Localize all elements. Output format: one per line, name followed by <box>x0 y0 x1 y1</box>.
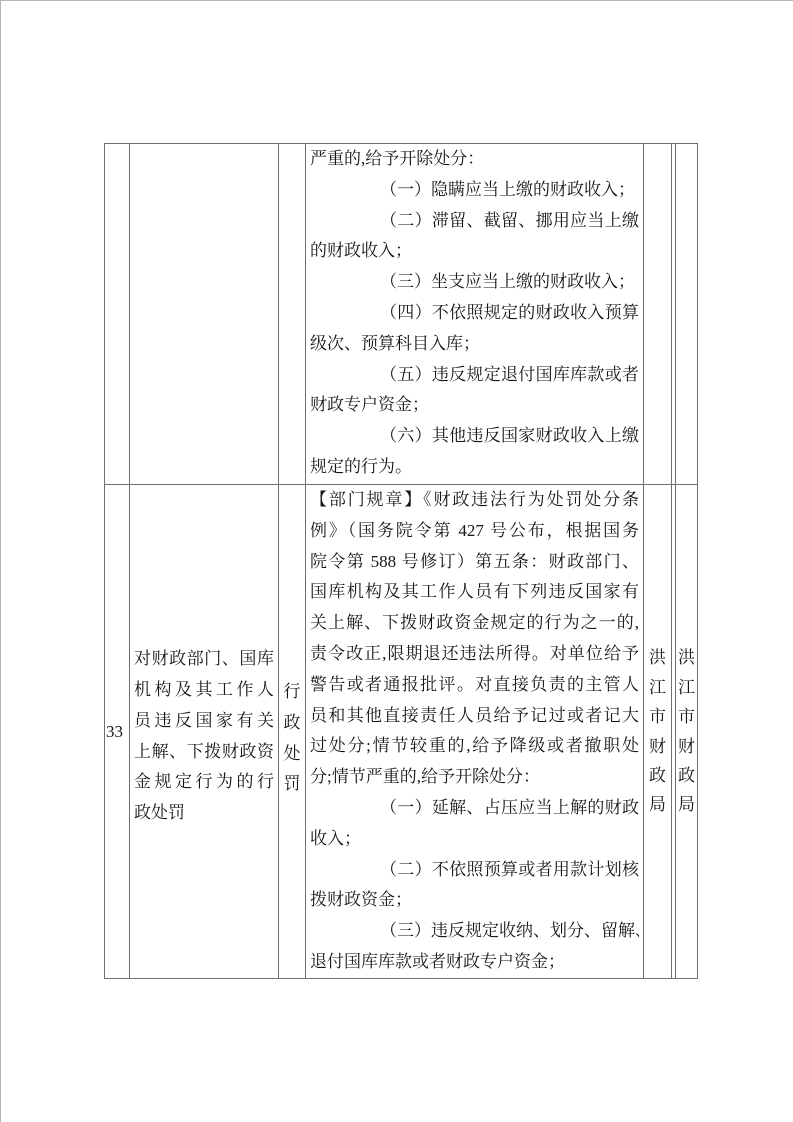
text-line: 【部门规章】《财政违法行为处罚处分条 <box>310 485 639 516</box>
text-line: 警告或者通报批评。对直接负责的主管人 <box>310 670 639 701</box>
text-line: （一）隐瞒应当上缴的财政收入； <box>310 175 639 206</box>
cell-category <box>278 144 305 484</box>
text-line: 分;情节严重的,给予开除处分： <box>310 762 639 793</box>
text-line: 机构及其工作人 <box>134 675 274 706</box>
text-line: 级次、预算科目入库； <box>310 329 639 360</box>
cell-implementing-authority: 洪江市财政局 <box>643 485 672 978</box>
text-line: 员和其他直接责任人员给予记过或者记大 <box>310 701 639 732</box>
supervising-authority-text: 洪江市财政局 <box>677 643 696 819</box>
text-line: 金规定行为的行 <box>134 767 274 798</box>
text-line: 过处分;情节较重的,给予降级或者撤职处 <box>310 731 639 762</box>
text-line: 的财政收入； <box>310 236 639 267</box>
cell-legal-basis: 严重的,给予开除处分：（一）隐瞒应当上缴的财政收入；（二）滞留、截留、挪用应当上… <box>305 144 643 484</box>
implementing-authority-text: 洪江市财政局 <box>648 643 667 819</box>
penalty-table: 严重的,给予开除处分：（一）隐瞒应当上缴的财政收入；（二）滞留、截留、挪用应当上… <box>104 143 698 979</box>
text-line: 收入； <box>310 824 639 855</box>
text-line: 院令第 588 号修订）第五条：财政部门、 <box>310 547 639 578</box>
text-line: （六）其他违反国家财政收入上缴 <box>310 421 639 452</box>
text-line: 上解、下拨财政资 <box>134 737 274 768</box>
text-line: 财政专户资金； <box>310 390 639 421</box>
text-line: 国库机构及其工作人员有下列违反国家有 <box>310 577 639 608</box>
document-page: 严重的,给予开除处分：（一）隐瞒应当上缴的财政收入；（二）滞留、截留、挪用应当上… <box>0 0 793 1122</box>
text-line: 退付国库库款或者财政专户资金； <box>310 947 639 978</box>
item-name-text: 对财政部门、国库机构及其工作人员违反国家有关上解、下拨财政资金规定行为的行政处罚 <box>130 644 278 829</box>
text-line: 例》（国务院令第 427 号公布，根据国务 <box>310 516 639 547</box>
text-line: （一）延解、占压应当上解的财政 <box>310 793 639 824</box>
text-line: 对财政部门、国库 <box>134 644 274 675</box>
text-line: 政处罚 <box>134 798 274 829</box>
text-line: 关上解、下拨财政资金规定的行为之一的, <box>310 608 639 639</box>
text-line: 责令改正,限期退还违法所得。对单位给予 <box>310 639 639 670</box>
cell-implementing-authority <box>643 144 672 484</box>
text-line: 员违反国家有关 <box>134 706 274 737</box>
text-line: （五）违反规定退付国库库款或者 <box>310 360 639 391</box>
cell-category: 行政处罚 <box>278 485 305 978</box>
cell-supervising-authority <box>675 144 697 484</box>
category-text: 行政处罚 <box>283 677 302 800</box>
text-line: 拨财政资金； <box>310 885 639 916</box>
text-line: 严重的,给予开除处分： <box>310 144 639 175</box>
cell-seq <box>105 144 129 484</box>
cell-item-name <box>129 144 278 484</box>
cell-legal-basis: 【部门规章】《财政违法行为处罚处分条例》（国务院令第 427 号公布，根据国务院… <box>305 485 643 978</box>
text-line: 规定的行为。 <box>310 452 639 483</box>
table-row-continuation: 严重的,给予开除处分：（一）隐瞒应当上缴的财政收入；（二）滞留、截留、挪用应当上… <box>105 144 697 485</box>
seq-number: 33 <box>105 722 123 742</box>
table-row-33: 33 对财政部门、国库机构及其工作人员违反国家有关上解、下拨财政资金规定行为的行… <box>105 485 697 978</box>
cell-seq: 33 <box>105 485 129 978</box>
text-line: （二）滞留、截留、挪用应当上缴 <box>310 206 639 237</box>
text-line: （二）不依照预算或者用款计划核 <box>310 855 639 886</box>
text-line: （三）违反规定收纳、划分、留解、 <box>310 916 639 947</box>
cell-item-name: 对财政部门、国库机构及其工作人员违反国家有关上解、下拨财政资金规定行为的行政处罚 <box>129 485 278 978</box>
text-line: （四）不依照规定的财政收入预算 <box>310 298 639 329</box>
cell-supervising-authority: 洪江市财政局 <box>675 485 697 978</box>
text-line: （三）坐支应当上缴的财政收入； <box>310 267 639 298</box>
